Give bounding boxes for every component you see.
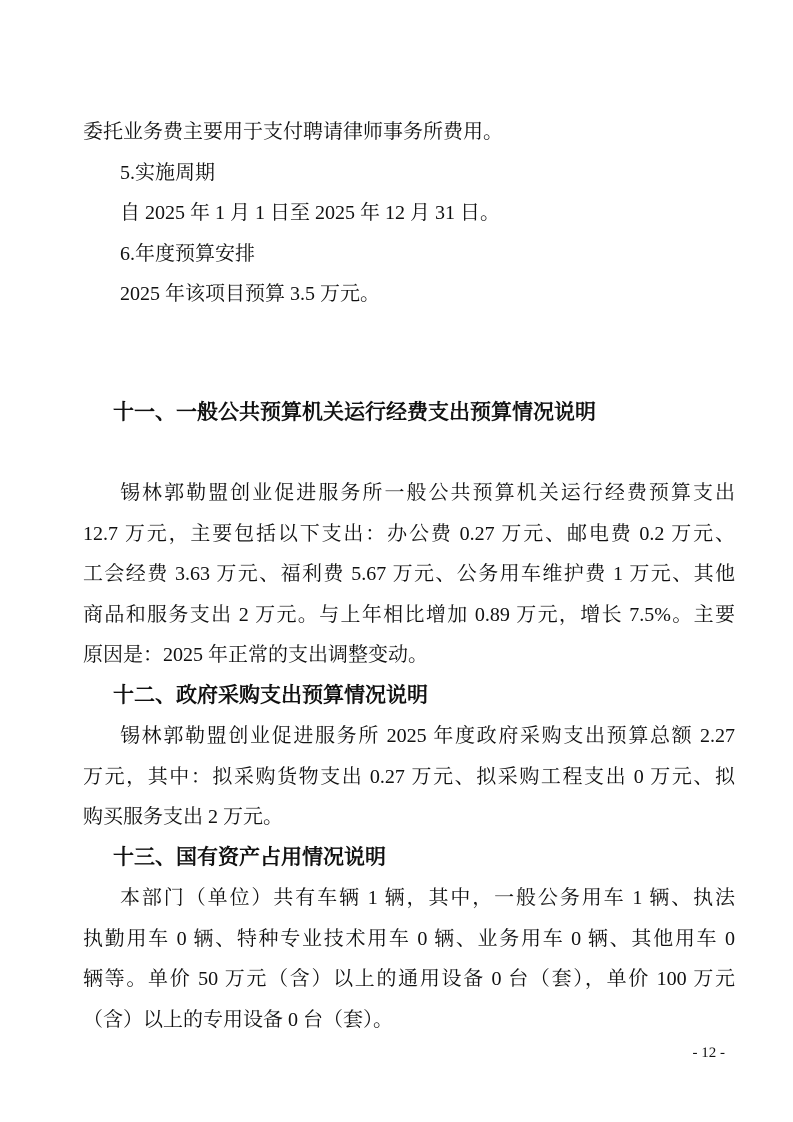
section-heading-13: 十三、国有资产占用情况说明 — [83, 838, 735, 879]
section-12-line: 万元，其中：拟采购货物支出 0.27 万元、拟采购工程支出 0 万元、拟 — [83, 757, 735, 798]
page-number: - 12 - — [693, 1044, 726, 1062]
section-11-line: 原因是：2025 年正常的支出调整变动。 — [83, 635, 735, 676]
document-page: 委托业务费主要用于支付聘请律师事务所费用。 5.实施周期 自 2025 年 1 … — [0, 0, 793, 1122]
document-body: 委托业务费主要用于支付聘请律师事务所费用。 5.实施周期 自 2025 年 1 … — [83, 112, 735, 1040]
project-item-annual-budget-value: 2025 年该项目预算 3.5 万元。 — [83, 274, 735, 315]
section-11-line: 工会经费 3.63 万元、福利费 5.67 万元、公务用车维护费 1 万元、其他 — [83, 554, 735, 595]
section-11-line: 锡林郭勒盟创业促进服务所一般公共预算机关运行经费预算支出 — [83, 473, 735, 514]
paragraph-continuation-line: 委托业务费主要用于支付聘请律师事务所费用。 — [83, 112, 735, 153]
section-13-line: 本部门（单位）共有车辆 1 辆，其中，一般公务用车 1 辆、执法 — [83, 878, 735, 919]
section-heading-12: 十二、政府采购支出预算情况说明 — [83, 676, 735, 717]
section-13-line: （含）以上的专用设备 0 台（套）。 — [83, 1000, 735, 1041]
section-11-line: 12.7 万元，主要包括以下支出：办公费 0.27 万元、邮电费 0.2 万元、 — [83, 514, 735, 555]
section-12-line: 购买服务支出 2 万元。 — [83, 797, 735, 838]
section-heading-11: 十一、一般公共预算机关运行经费支出预算情况说明 — [83, 393, 735, 434]
section-13-line: 执勤用车 0 辆、特种专业技术用车 0 辆、业务用车 0 辆、其他用车 0 — [83, 919, 735, 960]
section-11-line: 商品和服务支出 2 万元。与上年相比增加 0.89 万元，增长 7.5%。主要 — [83, 595, 735, 636]
project-item-implementation-period-value: 自 2025 年 1 月 1 日至 2025 年 12 月 31 日。 — [83, 193, 735, 234]
project-item-annual-budget-label: 6.年度预算安排 — [83, 234, 735, 275]
section-13-line: 辆等。单价 50 万元（含）以上的通用设备 0 台（套），单价 100 万元 — [83, 959, 735, 1000]
project-item-implementation-period-label: 5.实施周期 — [83, 153, 735, 194]
section-12-line: 锡林郭勒盟创业促进服务所 2025 年度政府采购支出预算总额 2.27 — [83, 716, 735, 757]
